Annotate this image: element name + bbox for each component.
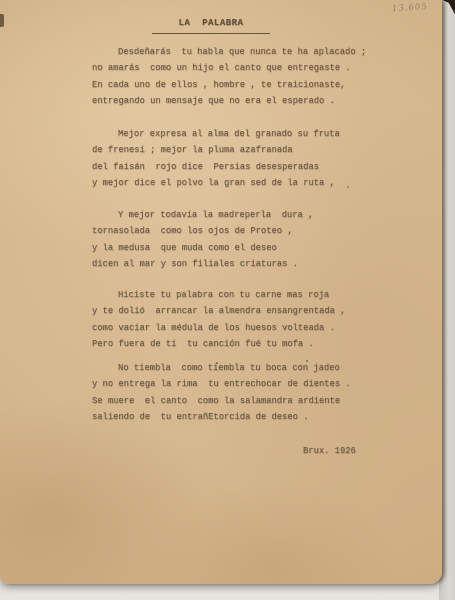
poem-line: Hiciste tu palabra con tu carne mas roja (92, 287, 345, 303)
poem-line: Pero fuera de tí tu canción fué tu mofa … (92, 336, 345, 352)
poem-line: y la medusa que muda como el deseo (92, 240, 313, 256)
stanza-1: Desdeñarás tu habla que nunca te ha apla… (92, 44, 366, 110)
poem-line: dicen al mar y son filiales criaturas . (92, 256, 313, 272)
archival-number: 13.605 (392, 2, 428, 14)
poem-line: de frenesí ; mejor la pluma azafranada (92, 142, 340, 158)
poem-line: del faisán rojo dice Persias desesperada… (92, 159, 340, 175)
manuscript-page: 13.605 LA PALABRA Desdeñarás tu habla qu… (0, 0, 442, 584)
poem-line: entregando un mensaje que no era el espe… (92, 93, 366, 109)
poem-line: Se muere el canto como la salamandra ard… (92, 393, 351, 409)
stanza-3: Y mejor todavía la madreperla dura , tor… (92, 207, 313, 273)
poem-line: tornasolada como los ojos de Proteo , (92, 223, 313, 239)
date-signature: Brux. 1926 (303, 446, 356, 456)
poem-line: no amarás como un hijo el canto que entr… (92, 60, 366, 76)
poem-line: En cada uno de ellos , hombre , te traic… (92, 77, 366, 93)
stanza-4: Hiciste tu palabra con tu carne mas roja… (92, 287, 345, 353)
stanza-5: No tiembla como tiembla tu boca con jade… (92, 360, 351, 426)
paper-speck (347, 186, 349, 188)
poem-line: y te dolió arrancar la almendra ensangre… (92, 303, 345, 319)
poem-title: LA PALABRA (152, 12, 270, 34)
poem-line: y mejor dice el polvo la gran sed de la … (92, 175, 340, 191)
poem-line: No tiembla como tiembla tu boca con jade… (92, 360, 351, 376)
poem-line: Y mejor todavía la madreperla dura , (92, 207, 313, 223)
paper-speck (216, 362, 218, 364)
poem-line: Desdeñarás tu habla que nunca te ha apla… (92, 44, 366, 60)
paper-edge-mark (0, 14, 4, 27)
photo-backdrop: 13.605 LA PALABRA Desdeñarás tu habla qu… (0, 0, 455, 600)
paper-speck (306, 360, 308, 362)
poem-line: saliendo de tu entrañEtorcida de deseo . (92, 409, 351, 425)
poem-line: y no entrega la rima tu entrechocar de d… (92, 376, 351, 392)
poem-title-text: LA PALABRA (179, 18, 244, 28)
poem-line: Mejor expresa al alma del granado su fru… (92, 126, 340, 142)
stanza-2: Mejor expresa al alma del granado su fru… (92, 126, 340, 192)
poem-line: como vaciar la médula de los huesos volt… (92, 320, 345, 336)
